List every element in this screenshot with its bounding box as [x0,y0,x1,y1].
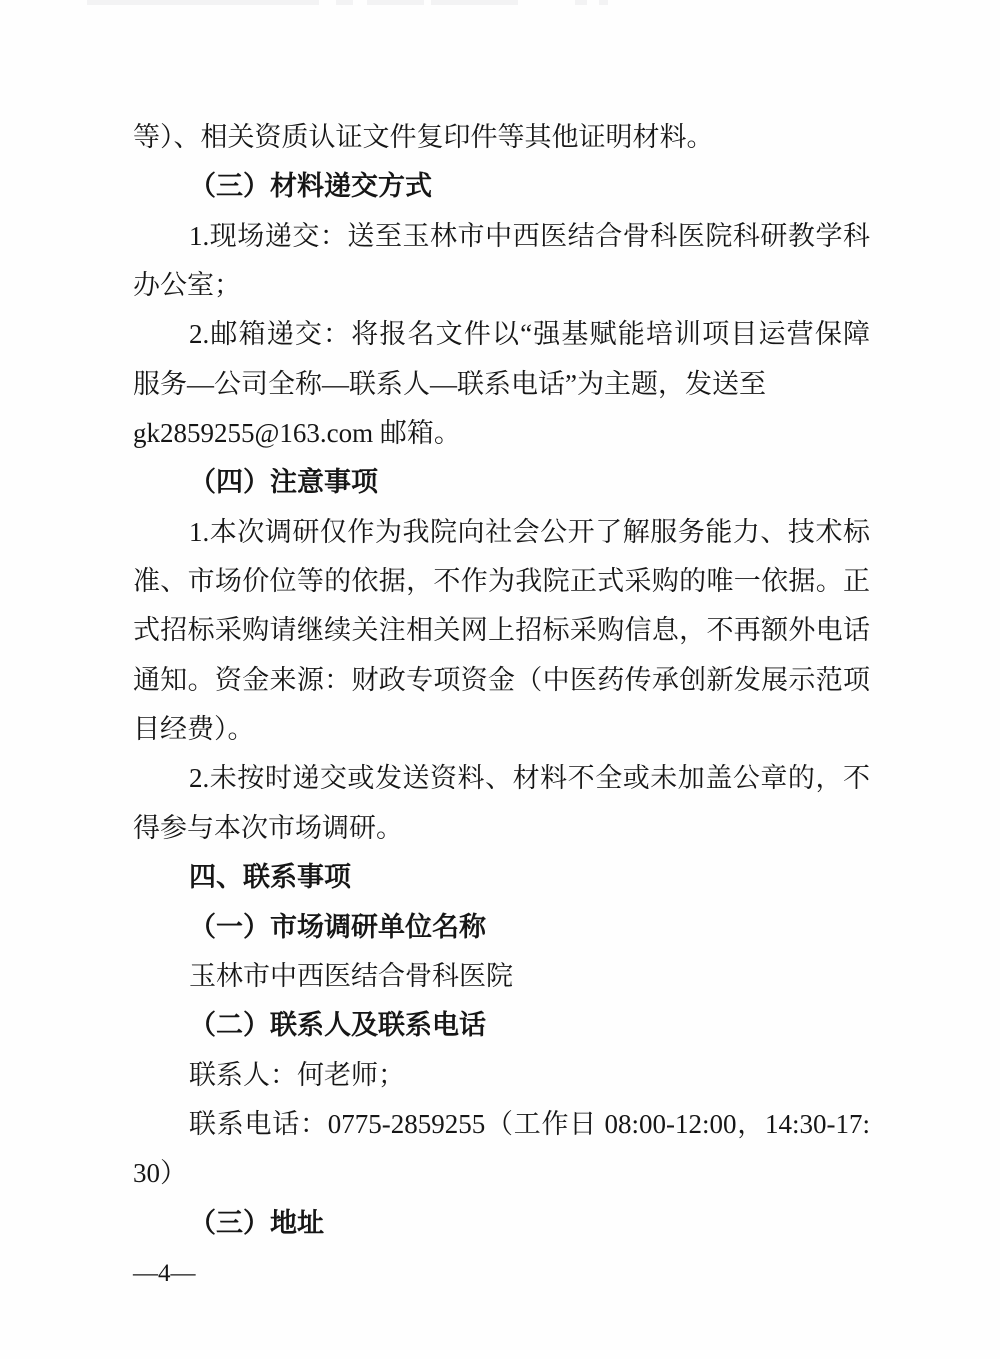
text-line: 2.未按时递交或发送资料、材料不全或未加盖公章的，不 [133,754,870,803]
section-heading: （四）注意事项 [133,458,870,507]
text-line: gk2859255@163.com 邮箱。 [133,409,870,458]
text-line: 准、市场价位等的依据，不作为我院正式采购的唯一依据。正 [133,557,870,606]
text-line: 通知。资金来源：财政专项资金（中医药传承创新发展示范项 [133,656,870,705]
scan-artifact-segment [336,0,353,5]
text-line: 30） [133,1149,870,1198]
section-heading: 四、联系事项 [133,853,870,902]
document-page: 等）、相关资质认证文件复印件等其他证明材料。（三）材料递交方式1.现场递交：送至… [0,0,1000,1359]
text-line: 联系人：何老师； [133,1051,870,1100]
section-heading: （三）材料递交方式 [133,162,870,211]
scan-artifact-segment [87,0,319,5]
scan-artifact-segment [431,0,518,5]
scan-artifact-segment [367,0,424,5]
section-heading: （二）联系人及联系电话 [133,1001,870,1050]
text-line: 式招标采购请继续关注相关网上招标采购信息，不再额外电话 [133,606,870,655]
document-body: 等）、相关资质认证文件复印件等其他证明材料。（三）材料递交方式1.现场递交：送至… [133,113,870,1248]
text-line: 目经费）。 [133,705,870,754]
text-line: 1.现场递交：送至玉林市中西医结合骨科医院科研教学科 [133,212,870,261]
text-line: 2.邮箱递交：将报名文件以“强基赋能培训项目运营保障 [133,310,870,359]
scan-artifact-segment [599,0,608,5]
text-line: 等）、相关资质认证文件复印件等其他证明材料。 [133,113,870,162]
scan-artifact-segment [575,0,587,5]
text-line: 联系电话：0775-2859255（工作日 08:00-12:00，14:30-… [133,1100,870,1149]
section-heading: （一）市场调研单位名称 [133,903,870,952]
text-line: 服务—公司全称—联系人—联系电话”为主题，发送至 [133,360,870,409]
text-line: 得参与本次市场调研。 [133,804,870,853]
text-line: 办公室； [133,261,870,310]
text-line: 玉林市中西医结合骨科医院 [133,952,870,1001]
section-heading: （三）地址 [133,1199,870,1248]
text-line: 1.本次调研仅作为我院向社会公开了解服务能力、技术标 [133,508,870,557]
page-number: —4— [133,1257,196,1291]
